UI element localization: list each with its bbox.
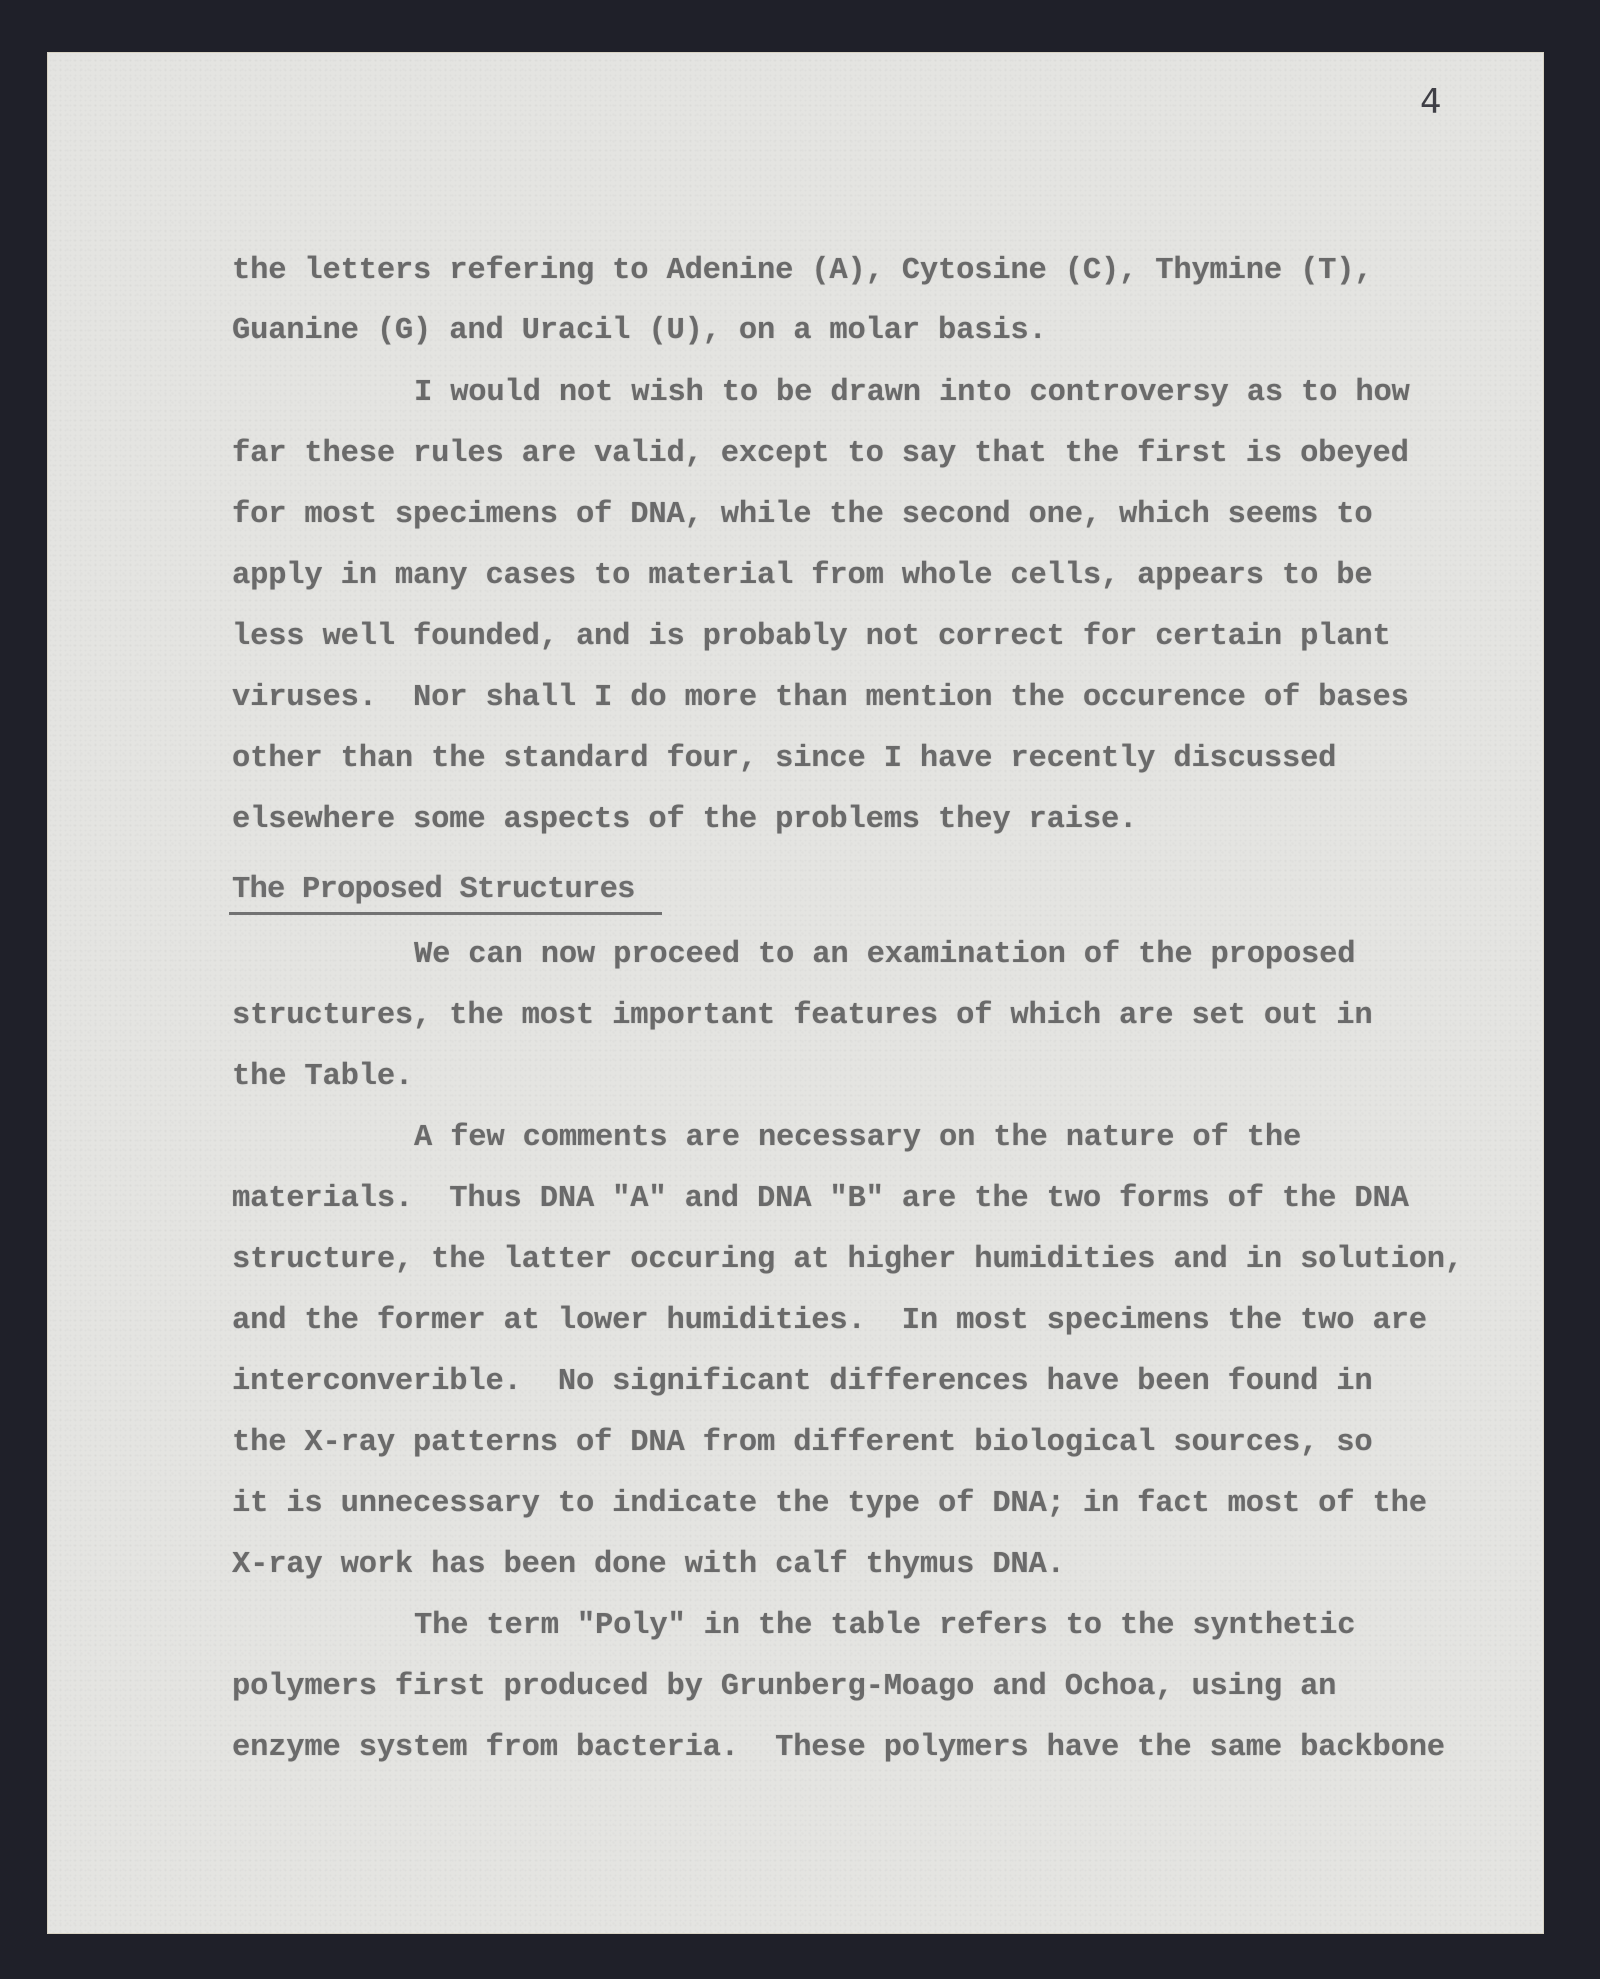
text-line: Guanine (G) and Uracil (U), on a molar b… (232, 313, 1047, 349)
text-line: and the former at lower humidities. In m… (232, 1303, 1427, 1339)
text-line: materials. Thus DNA "A" and DNA "B" are … (232, 1181, 1409, 1217)
text-line: structures, the most important features … (232, 998, 1373, 1034)
text-line: structure, the latter occuring at higher… (232, 1242, 1463, 1278)
text-line: X-ray work has been done with calf thymu… (232, 1547, 1065, 1583)
text-line: elsewhere some aspects of the problems t… (232, 802, 1137, 838)
text-line: the letters refering to Adenine (A), Cyt… (232, 253, 1373, 289)
heading-underline (229, 912, 662, 915)
text-line: interconverible. No significant differen… (232, 1364, 1373, 1400)
text-line: the Table. (232, 1059, 413, 1095)
text-line: polymers first produced by Grunberg-Moag… (232, 1669, 1336, 1705)
text-line: less well founded, and is probably not c… (232, 619, 1391, 655)
text-line: enzyme system from bacteria. These polym… (232, 1730, 1445, 1766)
text-line: apply in many cases to material from who… (232, 558, 1373, 594)
text-line: viruses. Nor shall I do more than mentio… (232, 680, 1409, 716)
paragraph-start-line: We can now proceed to an examination of … (414, 937, 1355, 973)
paragraph-start-line: I would not wish to be drawn into contro… (414, 375, 1410, 411)
paragraph-start-line: A few comments are necessary on the natu… (414, 1120, 1301, 1156)
text-line: the X-ray patterns of DNA from different… (232, 1425, 1373, 1461)
text-line: other than the standard four, since I ha… (232, 741, 1336, 777)
paragraph-start-line: The term "Poly" in the table refers to t… (414, 1608, 1355, 1644)
section-heading: The Proposed Structures (232, 872, 635, 908)
text-line: it is unnecessary to indicate the type o… (232, 1486, 1427, 1522)
text-line: far these rules are valid, except to say… (232, 436, 1409, 472)
text-line: for most specimens of DNA, while the sec… (232, 497, 1373, 533)
page-number: 4 (1420, 82, 1442, 122)
